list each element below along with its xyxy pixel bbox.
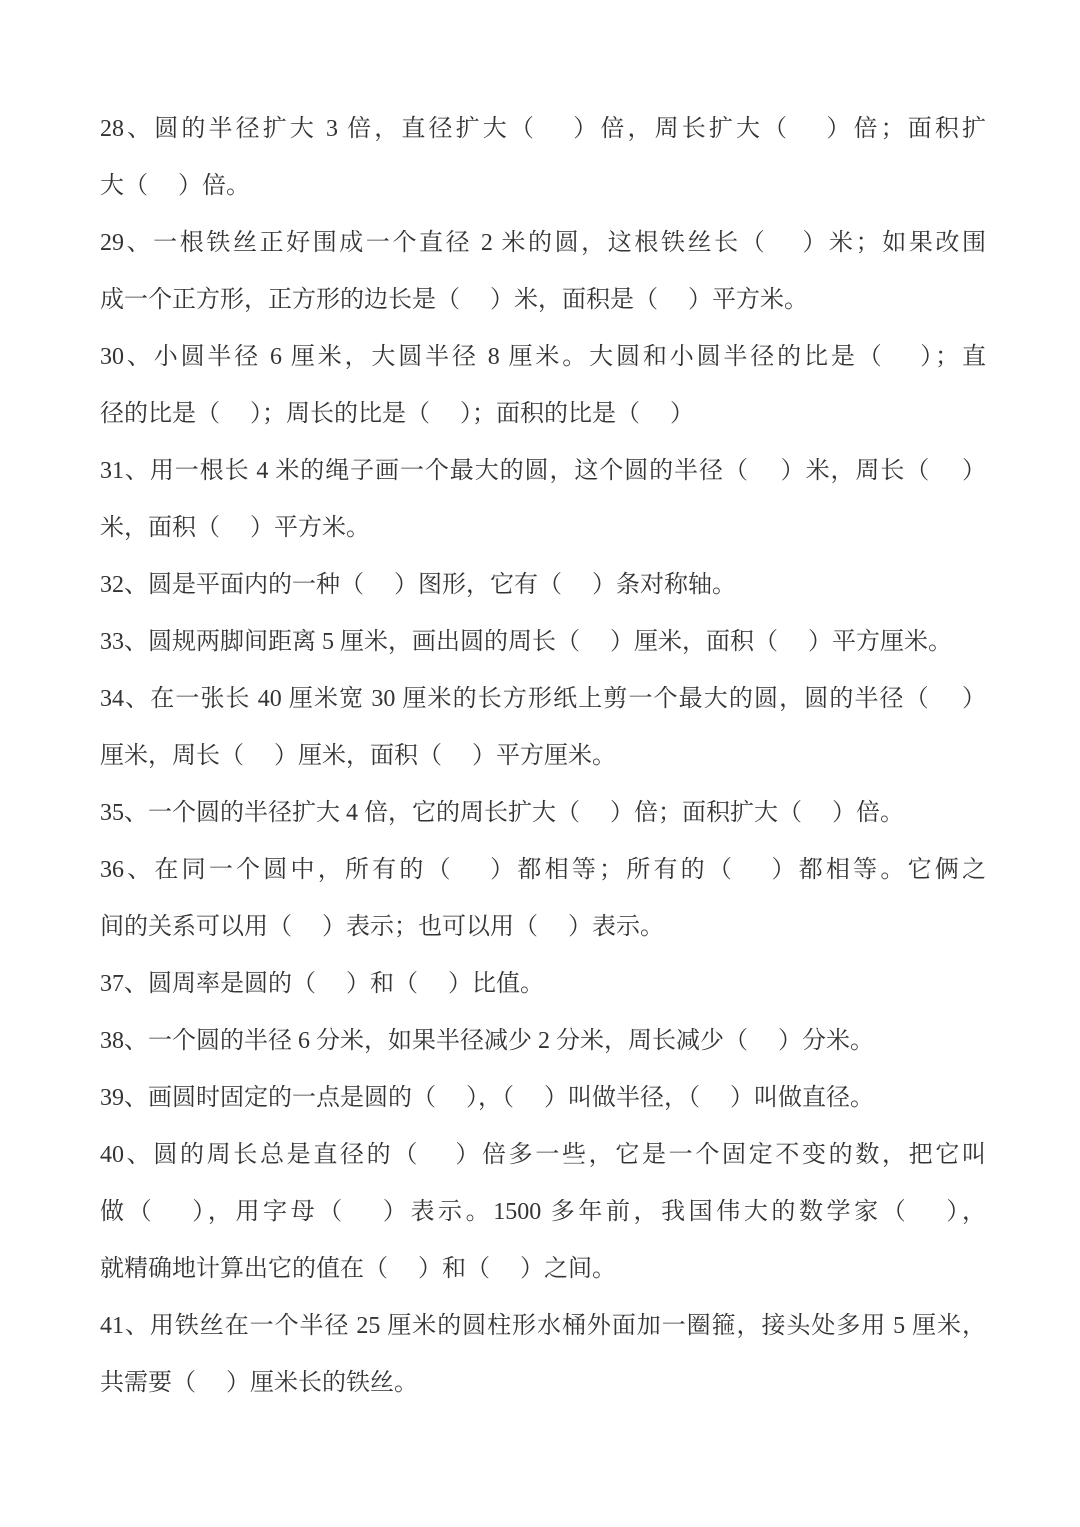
question-line: 间的关系可以用（ ）表示；也可以用（ ）表示。 <box>100 899 986 956</box>
question-line: 39、画圆时固定的一点是圆的（ ），（ ）叫做半径，（ ）叫做直径。 <box>100 1070 986 1127</box>
question-37: 37、圆周率是圆的（ ）和（ ）比值。 <box>100 956 986 1013</box>
question-line: 28、圆的半径扩大 3 倍，直径扩大（ ）倍，周长扩大（ ）倍；面积扩 <box>100 101 986 158</box>
question-line: 37、圆周率是圆的（ ）和（ ）比值。 <box>100 956 986 1013</box>
question-line: 厘米，周长（ ）厘米，面积（ ）平方厘米。 <box>100 728 986 785</box>
question-39: 39、画圆时固定的一点是圆的（ ），（ ）叫做半径，（ ）叫做直径。 <box>100 1070 986 1127</box>
question-29: 29、一根铁丝正好围成一个直径 2 米的圆，这根铁丝长（ ）米；如果改围成一个正… <box>100 215 986 329</box>
question-line: 29、一根铁丝正好围成一个直径 2 米的圆，这根铁丝长（ ）米；如果改围 <box>100 215 986 272</box>
question-31: 31、用一根长 4 米的绳子画一个最大的圆，这个圆的半径（ ）米，周长（ ）米，… <box>100 443 986 557</box>
question-line: 成一个正方形，正方形的边长是（ ）米，面积是（ ）平方米。 <box>100 272 986 329</box>
question-line: 32、圆是平面内的一种（ ）图形，它有（ ）条对称轴。 <box>100 557 986 614</box>
question-line: 36、在同一个圆中，所有的（ ）都相等；所有的（ ）都相等。它俩之 <box>100 842 986 899</box>
question-30: 30、小圆半径 6 厘米，大圆半径 8 厘米。大圆和小圆半径的比是（ ）；直径的… <box>100 329 986 443</box>
question-32: 32、圆是平面内的一种（ ）图形，它有（ ）条对称轴。 <box>100 557 986 614</box>
question-36: 36、在同一个圆中，所有的（ ）都相等；所有的（ ）都相等。它俩之间的关系可以用… <box>100 842 986 956</box>
question-line: 30、小圆半径 6 厘米，大圆半径 8 厘米。大圆和小圆半径的比是（ ）；直 <box>100 329 986 386</box>
question-line: 径的比是（ ）；周长的比是（ ）；面积的比是（ ） <box>100 386 986 443</box>
question-list: 28、圆的半径扩大 3 倍，直径扩大（ ）倍，周长扩大（ ）倍；面积扩大（ ）倍… <box>100 101 986 1412</box>
question-line: 40、圆的周长总是直径的（ ）倍多一些，它是一个固定不变的数，把它叫 <box>100 1127 986 1184</box>
question-line: 34、在一张长 40 厘米宽 30 厘米的长方形纸上剪一个最大的圆，圆的半径（ … <box>100 671 986 728</box>
question-41: 41、用铁丝在一个半径 25 厘米的圆柱形水桶外面加一圈箍，接头处多用 5 厘米… <box>100 1298 986 1412</box>
worksheet-page: 28、圆的半径扩大 3 倍，直径扩大（ ）倍，周长扩大（ ）倍；面积扩大（ ）倍… <box>0 0 1080 1527</box>
question-line: 31、用一根长 4 米的绳子画一个最大的圆，这个圆的半径（ ）米，周长（ ） <box>100 443 986 500</box>
question-33: 33、圆规两脚间距离 5 厘米，画出圆的周长（ ）厘米，面积（ ）平方厘米。 <box>100 614 986 671</box>
question-line: 米，面积（ ）平方米。 <box>100 500 986 557</box>
question-38: 38、一个圆的半径 6 分米，如果半径减少 2 分米，周长减少（ ）分米。 <box>100 1013 986 1070</box>
question-line: 33、圆规两脚间距离 5 厘米，画出圆的周长（ ）厘米，面积（ ）平方厘米。 <box>100 614 986 671</box>
question-line: 35、一个圆的半径扩大 4 倍，它的周长扩大（ ）倍；面积扩大（ ）倍。 <box>100 785 986 842</box>
question-34: 34、在一张长 40 厘米宽 30 厘米的长方形纸上剪一个最大的圆，圆的半径（ … <box>100 671 986 785</box>
question-line: 做（ ），用字母（ ）表示。1500 多年前，我国伟大的数学家（ ）， <box>100 1184 986 1241</box>
question-line: 共需要（ ）厘米长的铁丝。 <box>100 1355 986 1412</box>
question-28: 28、圆的半径扩大 3 倍，直径扩大（ ）倍，周长扩大（ ）倍；面积扩大（ ）倍… <box>100 101 986 215</box>
question-35: 35、一个圆的半径扩大 4 倍，它的周长扩大（ ）倍；面积扩大（ ）倍。 <box>100 785 986 842</box>
question-line: 38、一个圆的半径 6 分米，如果半径减少 2 分米，周长减少（ ）分米。 <box>100 1013 986 1070</box>
question-line: 41、用铁丝在一个半径 25 厘米的圆柱形水桶外面加一圈箍，接头处多用 5 厘米… <box>100 1298 986 1355</box>
question-40: 40、圆的周长总是直径的（ ）倍多一些，它是一个固定不变的数，把它叫做（ ），用… <box>100 1127 986 1298</box>
question-line: 就精确地计算出它的值在（ ）和（ ）之间。 <box>100 1241 986 1298</box>
question-line: 大（ ）倍。 <box>100 158 986 215</box>
